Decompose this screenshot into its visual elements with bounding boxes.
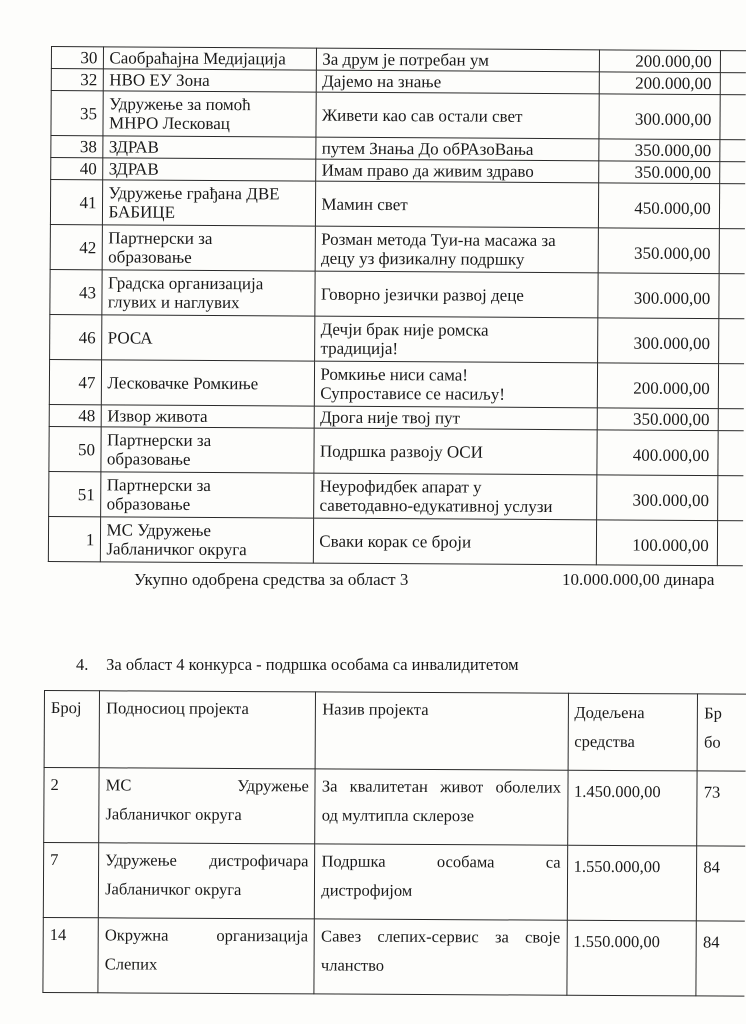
row-cutoff-column bbox=[718, 319, 744, 364]
row-applicant: РОСА bbox=[102, 315, 315, 361]
row-number: 50 bbox=[49, 426, 102, 471]
row-amount: 350.000,00 bbox=[598, 408, 719, 431]
row-cutoff-column bbox=[717, 476, 743, 521]
row-project: Заквалитетанживотоболелиход мултипла скл… bbox=[315, 769, 568, 845]
row-applicant: Извор живота bbox=[102, 405, 315, 428]
row-amount: 300.000,00 bbox=[599, 94, 720, 140]
row-project: Подршкаособамасадистрофијом bbox=[315, 844, 568, 920]
row-applicant: Удружење грађана ДВЕБАБИЦЕ bbox=[103, 180, 316, 226]
row-project: Живети као сав остали свет bbox=[316, 92, 599, 139]
row-applicant: Удружење за помоћМНРО Лесковац bbox=[103, 91, 316, 137]
row-cutoff-column bbox=[719, 274, 745, 319]
row-applicant: Градска организацијаглувих и наглувих bbox=[102, 270, 315, 316]
row-applicant: Партнерски заобразовање bbox=[101, 472, 314, 518]
header-amount: Додељена средства bbox=[568, 693, 698, 771]
row-project: Дечји брак није ромскатрадиција! bbox=[315, 316, 598, 363]
row-number: 30 bbox=[51, 47, 104, 69]
row-number: 35 bbox=[51, 91, 104, 136]
row-project: За друм је потребан ум bbox=[317, 48, 600, 72]
row-project: Дрога није твој пут bbox=[315, 406, 598, 430]
row-amount: 300.000,00 bbox=[598, 273, 719, 319]
row-cutoff-column bbox=[718, 409, 744, 431]
row-number: 43 bbox=[50, 269, 103, 314]
row-amount: 350.000,00 bbox=[599, 139, 720, 162]
row-amount: 200.000,00 bbox=[600, 50, 721, 73]
row-number: 38 bbox=[51, 136, 104, 158]
row-amount: 450.000,00 bbox=[599, 183, 720, 229]
row-applicant: ЗДРАВ bbox=[103, 158, 316, 181]
row-cutoff-column bbox=[717, 521, 743, 566]
header-number: Број bbox=[44, 691, 100, 768]
row-project: Имам право да живим здраво bbox=[316, 159, 599, 183]
row-amount: 200.000,00 bbox=[600, 72, 721, 95]
row-project: Розман метода Туи-на масажа задецу уз фи… bbox=[315, 226, 598, 273]
row-cutoff-column bbox=[718, 364, 744, 409]
row-amount: 1.550.000,00 bbox=[567, 845, 697, 921]
row-applicant: УдружењедистрофичараЈабланичког округа bbox=[98, 843, 315, 919]
row-amount: 300.000,00 bbox=[597, 475, 718, 521]
section-title: За област 4 конкурса - подршка особама с… bbox=[106, 655, 518, 674]
area3-total-label: Укупно одобрена средства за област 3 bbox=[134, 570, 408, 590]
table-row: 7УдружењедистрофичараЈабланичког округаП… bbox=[43, 843, 745, 922]
row-project: Говорно језички развој деце bbox=[315, 271, 598, 318]
row-project: путем Знања До обРАзоВања bbox=[316, 137, 599, 161]
row-applicant: МСУдружењеЈабланичког округа bbox=[99, 768, 316, 844]
area4-grants-table: Број Подносиоц пројекта Назив пројекта Д… bbox=[42, 690, 746, 997]
header-project: Назив пројекта bbox=[315, 692, 568, 770]
row-cutoff-column bbox=[719, 229, 745, 274]
header-applicant: Подносиоц пројекта bbox=[99, 691, 316, 769]
row-number: 32 bbox=[51, 69, 104, 91]
section-number: 4. bbox=[76, 655, 102, 675]
row-points: 73 bbox=[697, 771, 746, 846]
row-number: 41 bbox=[50, 180, 103, 225]
row-cutoff-column bbox=[718, 431, 744, 476]
row-applicant: ЗДРАВ bbox=[103, 136, 316, 159]
row-applicant: НВО ЕУ Зона bbox=[104, 69, 317, 92]
row-points: 84 bbox=[696, 921, 745, 996]
row-cutoff-column bbox=[719, 162, 745, 184]
row-amount: 350.000,00 bbox=[599, 161, 720, 184]
row-project: Сваки корак се броји bbox=[314, 518, 597, 565]
row-number: 2 bbox=[44, 768, 100, 843]
row-project: Подршка развоју ОСИ bbox=[314, 428, 597, 475]
row-points: 84 bbox=[697, 846, 746, 921]
row-number: 46 bbox=[50, 314, 103, 359]
row-number: 48 bbox=[49, 404, 102, 426]
table-row: 47Лесковачке РомкињеРомкиње ниси сама!Су… bbox=[49, 359, 744, 408]
row-number: 7 bbox=[43, 843, 99, 918]
row-number: 14 bbox=[43, 917, 99, 992]
table-row: 2МСУдружењеЈабланичког округаЗаквалитета… bbox=[44, 768, 746, 847]
row-applicant: МС УдружењеЈабланичког округа bbox=[101, 517, 314, 563]
row-project: Мамин свет bbox=[316, 181, 599, 228]
table-row: 41Удружење грађана ДВЕБАБИЦЕМамин свет45… bbox=[50, 180, 745, 229]
area3-grants-table: 30Саобраћајна МедијацијаЗа друм је потре… bbox=[48, 46, 746, 566]
row-number: 40 bbox=[51, 158, 104, 180]
row-amount: 200.000,00 bbox=[598, 363, 719, 409]
row-amount: 400.000,00 bbox=[597, 430, 718, 476]
row-cutoff-column bbox=[720, 73, 746, 95]
table-row: 42Партнерски заобразовањеРозман метода Т… bbox=[50, 224, 745, 273]
row-applicant: Саобраћајна Медијација bbox=[104, 47, 317, 70]
row-applicant: ОкружнаорганизацијаСлепих bbox=[98, 918, 315, 994]
row-cutoff-column bbox=[720, 95, 746, 140]
row-number: 51 bbox=[49, 471, 102, 516]
table-row: 50Партнерски заобразовањеПодршка развоју… bbox=[49, 426, 744, 475]
row-cutoff-column bbox=[720, 140, 746, 162]
row-number: 42 bbox=[50, 224, 103, 269]
row-amount: 350.000,00 bbox=[598, 228, 719, 274]
row-project: Ромкиње ниси сама!Супростависе се насиљу… bbox=[315, 361, 598, 408]
row-applicant: Лесковачке Ромкиње bbox=[102, 360, 315, 406]
table-header-row: Број Подносиоц пројекта Назив пројекта Д… bbox=[44, 691, 746, 772]
table-row: 51Партнерски заобразовањеНеурофидбек апа… bbox=[49, 471, 744, 520]
row-cutoff-column bbox=[720, 51, 746, 73]
table-row: 14ОкружнаорганизацијаСлепихСавезслепих-с… bbox=[43, 917, 745, 996]
section-4-heading: 4. За област 4 конкурса - подршка особам… bbox=[76, 655, 519, 675]
row-amount: 300.000,00 bbox=[598, 318, 719, 364]
row-cutoff-column bbox=[719, 184, 745, 229]
row-project: Дајемо на знање bbox=[317, 70, 600, 94]
table-row: 1МС УдружењеЈабланичког округаСваки кора… bbox=[48, 516, 743, 565]
row-project: Савезслепих-сервисзасвојечланство bbox=[314, 919, 567, 995]
row-amount: 100.000,00 bbox=[597, 520, 718, 566]
row-applicant: Партнерски заобразовање bbox=[101, 427, 314, 473]
header-points: Бр бо bbox=[697, 694, 746, 771]
row-project: Неурофидбек апарат усаветодавно-едукатив… bbox=[314, 473, 597, 520]
row-amount: 1.550.000,00 bbox=[566, 920, 696, 996]
row-amount: 1.450.000,00 bbox=[567, 770, 697, 846]
table-row: 35Удружење за помоћМНРО ЛесковацЖивети к… bbox=[51, 91, 746, 140]
row-applicant: Партнерски заобразовање bbox=[103, 225, 316, 271]
row-number: 1 bbox=[48, 516, 101, 561]
row-number: 47 bbox=[49, 359, 102, 404]
area3-total-value: 10.000.000,00 динара bbox=[562, 570, 714, 590]
table-row: 46РОСАДечји брак није ромскатрадиција!30… bbox=[50, 314, 745, 363]
table-row: 43Градска организацијаглувих и наглувихГ… bbox=[50, 269, 745, 318]
